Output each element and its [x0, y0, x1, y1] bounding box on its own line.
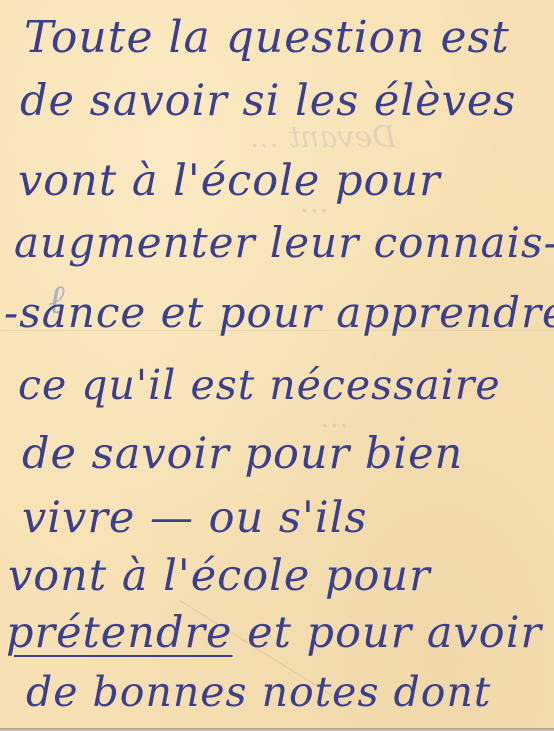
line-10-rest: et pour avoir: [247, 608, 542, 658]
handwritten-line-2: de savoir si les élèves: [20, 80, 516, 123]
handwritten-line-5: -sance et pour apprendre: [4, 292, 554, 334]
underlined-word: prétendre: [6, 608, 232, 658]
handwritten-line-6: ce qu'il est nécessaire: [18, 365, 501, 406]
handwritten-line-10: prétendre et pour avoir: [6, 612, 542, 655]
handwritten-line-3: vont à l'école pour: [18, 160, 441, 203]
letter-page: Devant ... ... ... ℓ Toute la question e…: [0, 0, 554, 731]
handwritten-line-4: augmenter leur connais-: [14, 222, 554, 264]
handwritten-line-8: vivre — ou s'ils: [22, 497, 367, 540]
handwritten-line-11: de bonnes notes dont: [26, 672, 491, 713]
handwritten-line-7: de savoir pour bien: [22, 433, 463, 476]
handwritten-line-9: vont à l'école pour: [8, 555, 431, 598]
handwritten-line-1: Toute la question est: [24, 16, 510, 60]
